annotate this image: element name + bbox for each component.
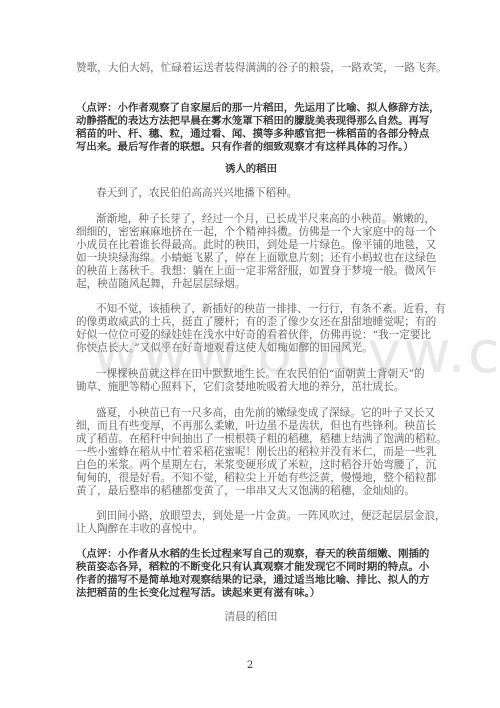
- paragraph-line: 的像勇敢威武的士兵，挺直了腰杆；有的歪了像少女还在甜甜地睡觉呢；有的: [76, 316, 426, 329]
- paragraph-line: 成了稻苗。在稻秆中间抽出了一根根筷子粗的稻穗，稻穗上结满了饱满的稻粒。: [76, 433, 426, 446]
- comment-line: 稻苗的叶、杆、穗、粒，通过看、闻、摸等多种感官把一株稻苗的各部分特点: [76, 128, 426, 141]
- paragraph-line: 细细的，密密麻麻地挤在一起，个个精神抖擞。仿佛是一个大家庭中的每一个: [76, 226, 426, 239]
- paragraph-line: 一棵棵秧苗就这样在田中默默地生长。在农民伯伯“面朝黄土背朝天”的: [96, 368, 446, 381]
- comment-line: 秧苗姿态各异，稻粒的不断变化只有认真观察才能发现它不同时期的特点。小: [76, 561, 426, 574]
- paragraph-line: 好似一位位可爱的绿娃娃在浅水中好奇的看着伙伴，仿佛再说：“我一定要比: [76, 329, 426, 342]
- section-title: 诱人的稻田: [76, 163, 426, 176]
- paragraph-line: 不知不觉，该插秧了，新插好的秧苗一排排、一行行，有条不紊。近看，有: [96, 303, 446, 316]
- continued-line: 赞歌，大伯大妈，忙碌着运送者装得满满的谷子的粮袋，一路欢笑，一路飞奔。: [76, 62, 426, 75]
- section-title: 清晨的稻田: [76, 611, 426, 624]
- comment-line: （点评：小作者从水稻的生长过程来写自己的观察，春天的秧苗细嫩、刚插的: [76, 548, 426, 561]
- paragraph-line: 黄了，最后整串的稻穗都变黄了，一串串又大又饱满的稻穗，金灿灿的。: [76, 485, 426, 498]
- paragraph-line: 你快点长大。”又似乎在好奇地观看这使人如痴如醉的田园风光。: [76, 342, 426, 355]
- paragraph-line: 一些小蜜蜂在稻从中忙着采稻花蜜呢！刚长出的稻粒并没有米仁，而是一些乳: [76, 446, 426, 459]
- paragraph-line: 甸甸的，很是好看。不知不觉，稻粒尖上开始有些泛黄，慢慢地，整个稻粒都: [76, 472, 426, 485]
- paragraph-line: 让人陶醉在丰收的喜悦中。: [76, 523, 426, 536]
- paragraph-line: 白色的米浆。两个星期左右，米浆变硬形成了米粒，这时稻谷开始弯腰了，沉: [76, 459, 426, 472]
- page-number: 2: [0, 660, 500, 671]
- paragraph-line: 到田间小路，放眼望去，到处是一片金黄。一阵风吹过，便泛起层层金浪，: [96, 510, 446, 523]
- paragraph-line: 细，而且有些变厚，不再那么柔嫩，叶边虽不是齿状，但也有些锋利。秧苗长: [76, 420, 426, 433]
- paragraph-line: 如一块块绿海绵。小蜻蜓飞累了，停在上面歇息片刻；还有小蚂蚁也在这绿色: [76, 252, 426, 265]
- comment-line: 写出来。最后写作者的联想。只有作者的细致观察才有这样具体的习作。）: [76, 141, 426, 154]
- paragraph-1: 春天到了，农民伯伯高高兴兴地播下稻种。: [96, 187, 446, 200]
- paragraph-line: 渐渐地，种子长芽了，经过一个月，已长成半尺来高的小秧苗。嫩嫩的，: [96, 213, 446, 226]
- comment-line: 作者的描写不是简单地对观察结果的记录，通过适当地比喻、排比、拟人的方: [76, 574, 426, 587]
- paragraph-line: 的秧苗上荡秋千。我想：躺在上面一定非常舒服，如置身于梦境一般。微风乍: [76, 265, 426, 278]
- paragraph-line: 盛夏，小秧苗已有一尺多高，由先前的嫩绿变成了深绿。它的叶子又长又: [96, 407, 446, 420]
- paragraph-line: 锄草、施肥等精心照料下，它们贪婪地吮吸着大地的养分，茁壮成长。: [76, 381, 426, 394]
- comment-line: 动静搭配的表达方法把早晨在雾水笼罩下稻田的朦胧美表现得那么自然。再写: [76, 115, 426, 128]
- comment-line: （点评：小作者观察了自家屋后的那一片稻田，先运用了比喻、拟人修辞方法，: [76, 102, 426, 115]
- paragraph-line: 小成员在比着谁长得最高。此时的秧田，到处是一片绿色。像平铺的地毯，又: [76, 239, 426, 252]
- comment-line: 法把稻苗的生长变化过程写活。读起来更有滋有味。）: [76, 587, 426, 600]
- paragraph-line: 起，秧苗随风起舞，升起层层绿烟。: [76, 278, 426, 291]
